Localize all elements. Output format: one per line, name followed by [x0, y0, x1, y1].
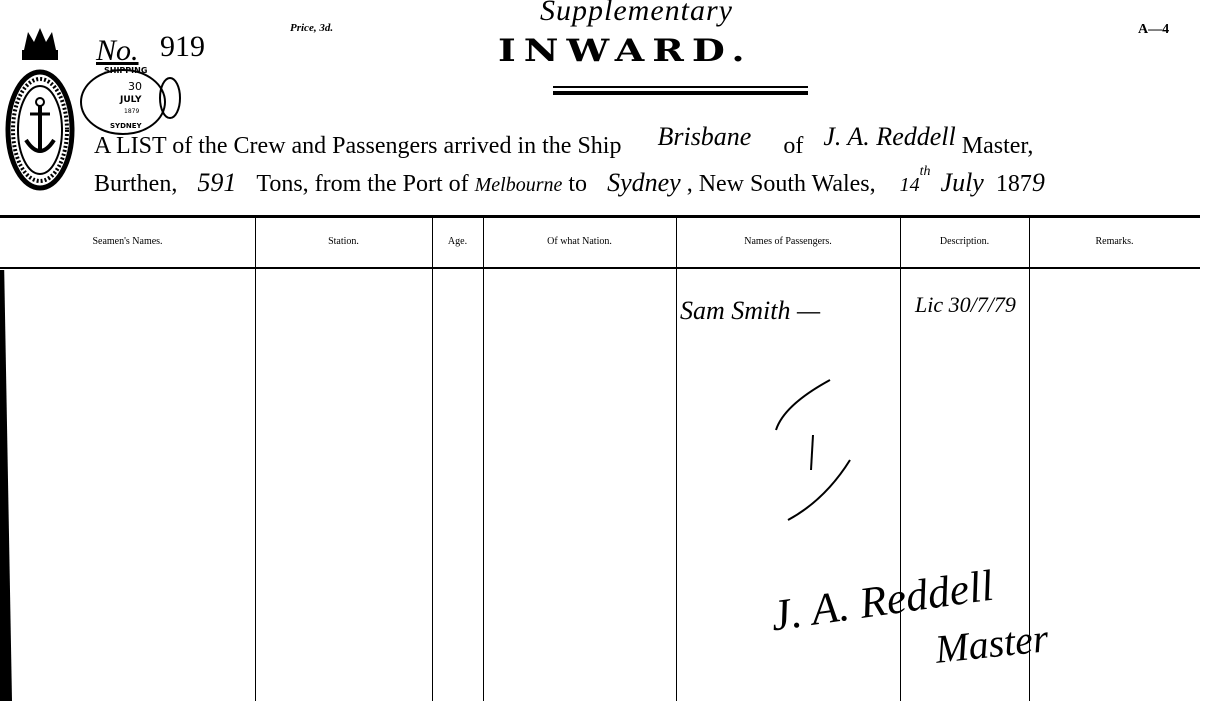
table-header-bottom-rule [0, 267, 1200, 269]
column-divider [900, 218, 901, 701]
master-suffix: Master, [962, 133, 1034, 159]
stamp-year: 1879 [124, 108, 139, 115]
column-divider [483, 218, 484, 701]
column-header-passenger-names: Names of Passengers. [676, 236, 900, 247]
pen-marks-icon [770, 375, 860, 525]
arrival-day-suffix: th [920, 164, 931, 179]
to-port: Sydney [607, 168, 681, 198]
stamp-place: SYDNEY [110, 122, 142, 130]
nsw-label: , New South Wales, [687, 171, 876, 197]
supplementary-annotation: Supplementary [540, 0, 733, 28]
column-header-seamens-names: Seamen's Names. [0, 236, 255, 247]
column-divider [432, 218, 433, 701]
header-line-1: A LIST of the Crew and Passengers arrive… [94, 130, 1033, 160]
column-divider [255, 218, 256, 701]
year-suffix: 9 [1032, 168, 1045, 198]
scan-edge-shadow [0, 270, 12, 701]
form-code: A—4 [1138, 22, 1169, 38]
price-label: Price, 3d. [290, 22, 333, 34]
passenger-name-entry: Sam Smith — [680, 296, 820, 326]
column-header-age: Age. [432, 236, 483, 247]
column-header-station: Station. [255, 236, 432, 247]
master-name: J. A. Reddell [823, 122, 955, 152]
number-value: 919 [160, 30, 205, 64]
burthen-value: 591 [197, 168, 236, 198]
from-port: Melbourne [475, 174, 563, 197]
title-rule-thick [553, 91, 808, 95]
document-title: INWARD. [498, 32, 753, 68]
shipping-masters-seal-icon [4, 22, 76, 192]
number-label: No. [96, 34, 139, 68]
arrival-month: July [941, 168, 984, 198]
ship-name: Brisbane [657, 122, 751, 152]
column-header-nation: Of what Nation. [483, 236, 676, 247]
burthen-label: Burthen, [94, 171, 177, 197]
table-top-rule [0, 215, 1200, 218]
stamp-month: JULY [120, 95, 142, 105]
tons-label: Tons, from the Port of [256, 171, 468, 197]
master-title-signature: Master [933, 614, 1051, 673]
description-entry: Lic 30/7/79 [915, 292, 1016, 318]
title-rule-thin [553, 86, 808, 88]
list-prefix: A LIST of the Crew and Passengers arrive… [94, 133, 621, 159]
year-prefix: 187 [996, 171, 1032, 197]
column-divider [676, 218, 677, 701]
column-header-description: Description. [900, 236, 1029, 247]
arrival-day: 14 [900, 174, 920, 197]
header-line-2: Burthen, 591 Tons, from the Port of Melb… [94, 168, 1045, 198]
column-header-remarks: Remarks. [1029, 236, 1200, 247]
to-label: to [568, 171, 587, 197]
stamp-day: 30 [128, 80, 142, 93]
of-word: of [783, 133, 803, 159]
